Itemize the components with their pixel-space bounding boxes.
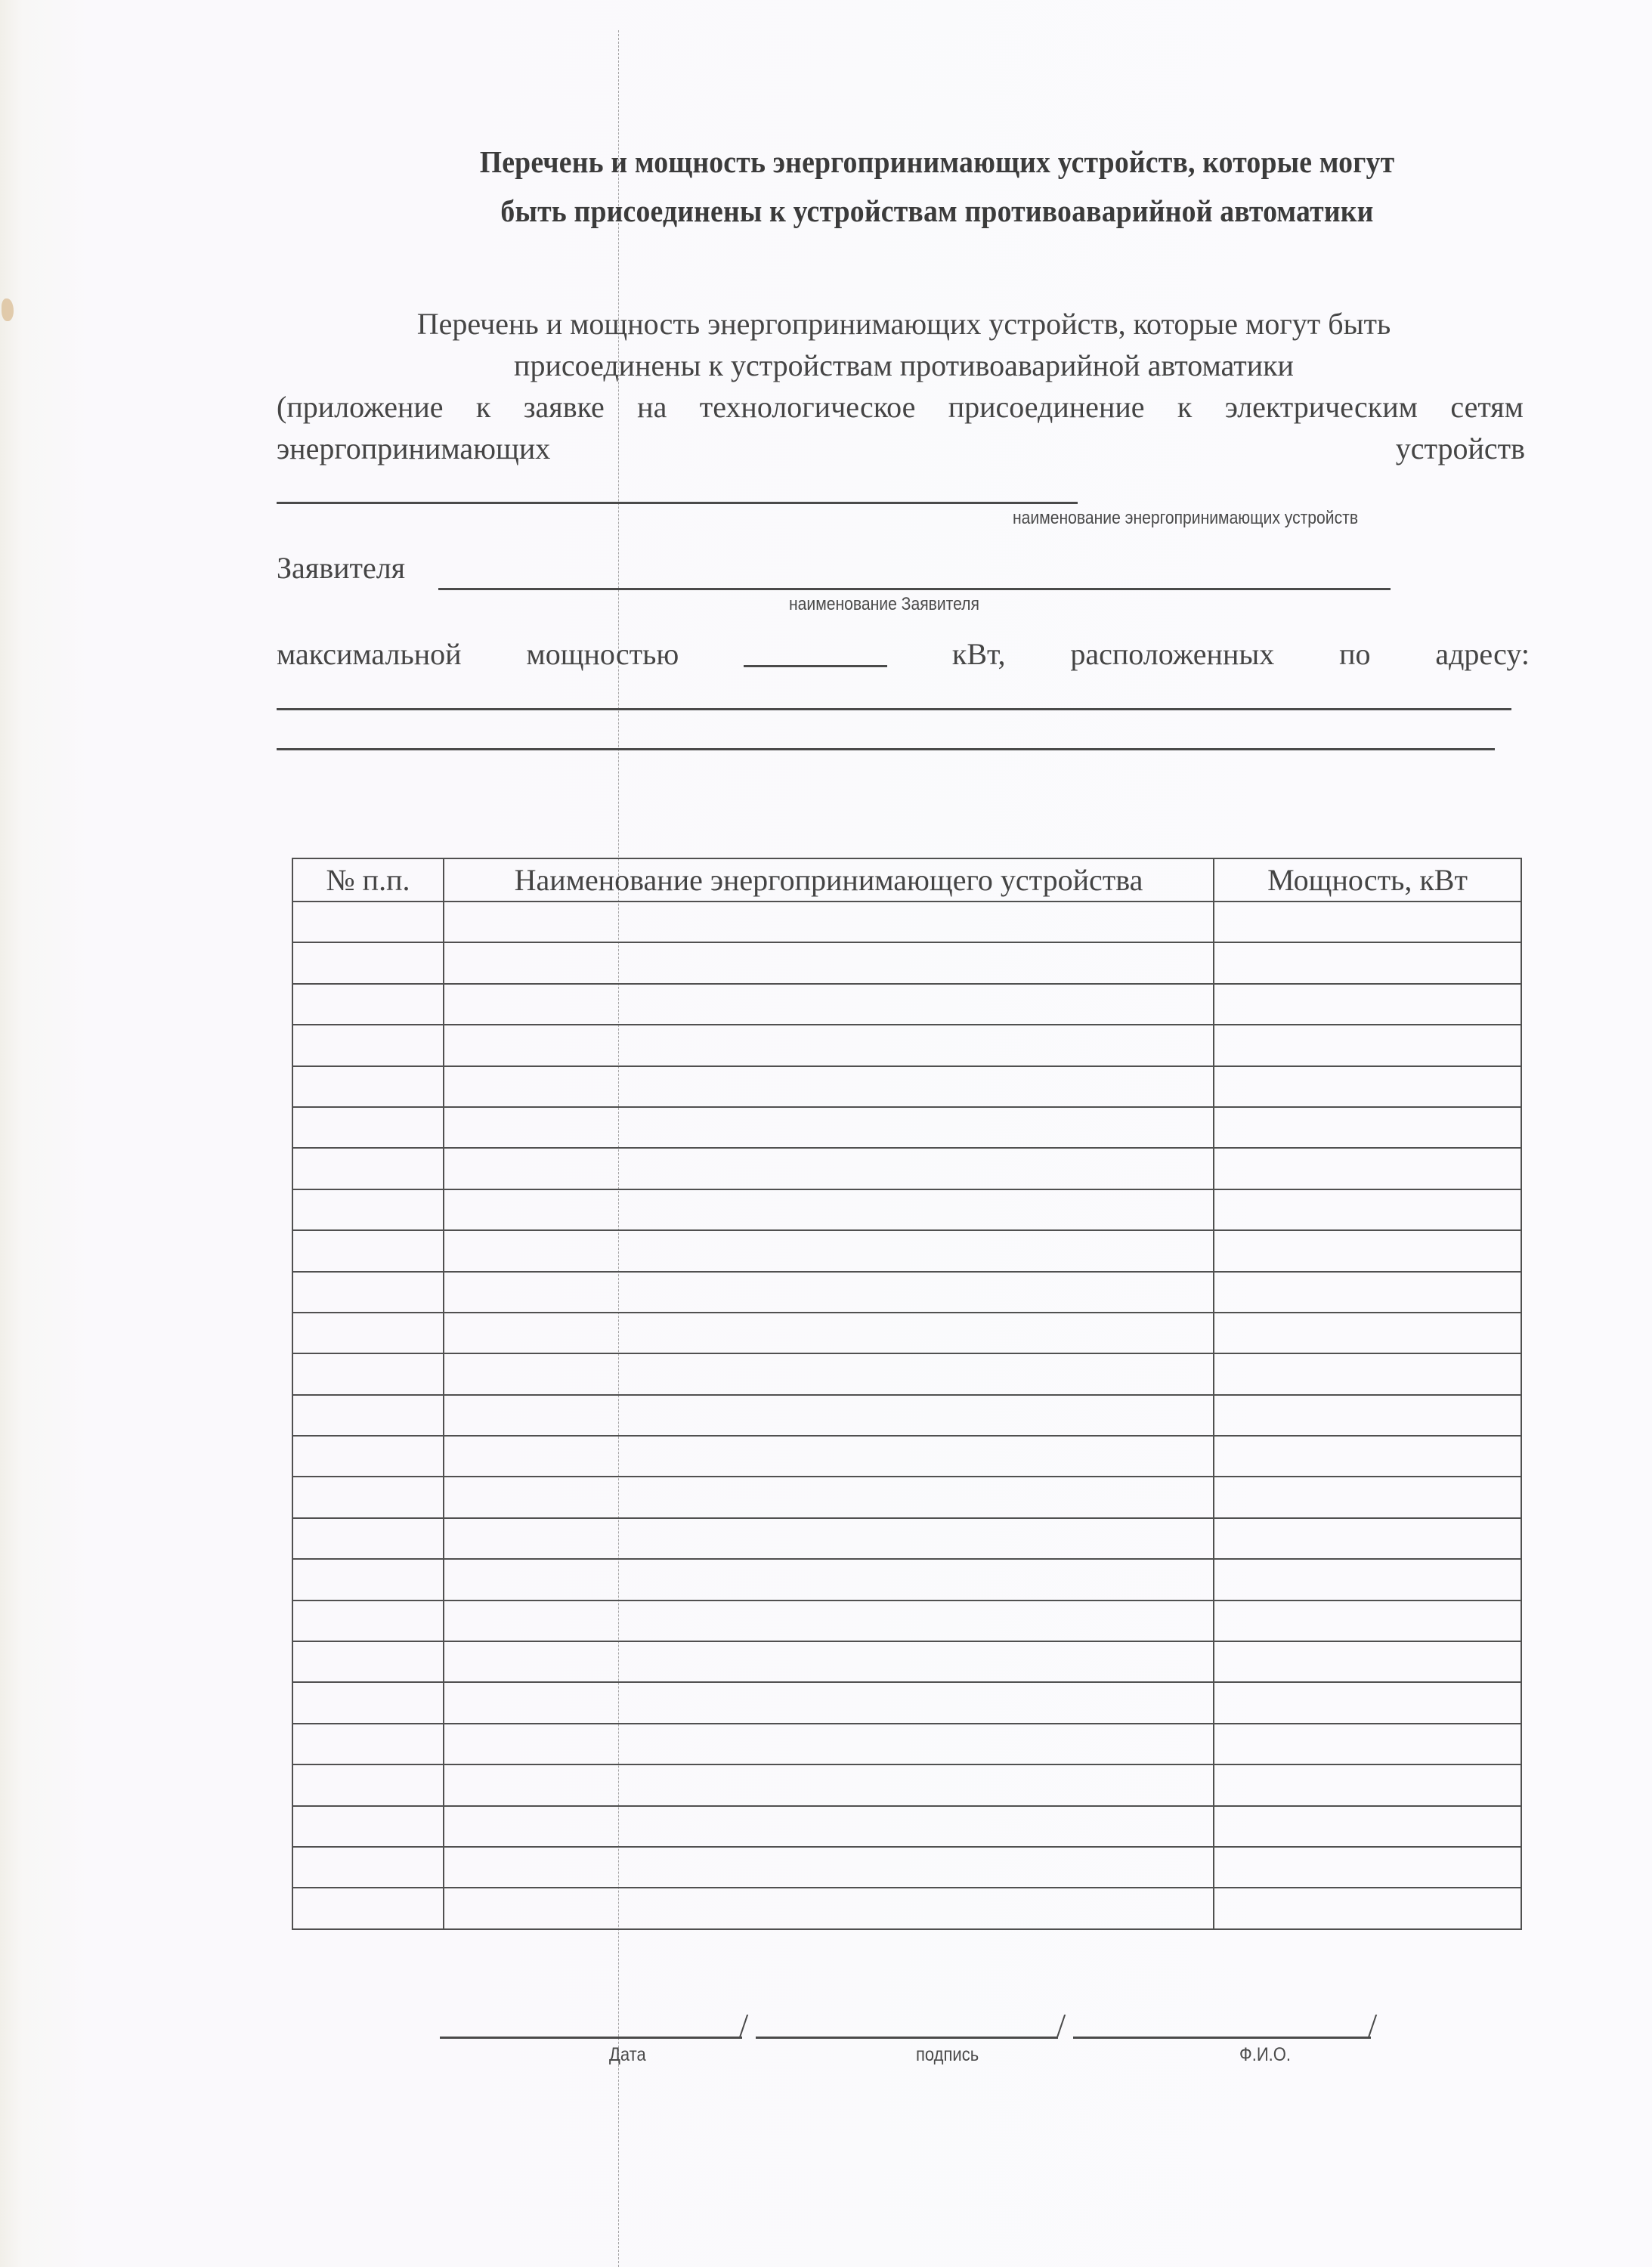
table-row <box>292 1025 1521 1065</box>
cell-power[interactable] <box>1214 1559 1521 1600</box>
address-label-2: по <box>1339 636 1370 672</box>
table-row <box>292 1189 1521 1230</box>
cell-power[interactable] <box>1214 1066 1521 1107</box>
devices-name-field[interactable] <box>277 502 1078 504</box>
table-row <box>292 1313 1521 1353</box>
applicant-field[interactable] <box>438 588 1391 590</box>
cell-device-name[interactable] <box>444 1395 1214 1436</box>
table-row <box>292 942 1521 983</box>
separator-1: / <box>739 2006 748 2045</box>
subtitle-line-3: (приложение к заявке на технологическое … <box>277 389 1524 425</box>
document-title-line-1: Перечень и мощность энергопринимающих ус… <box>374 144 1500 180</box>
cell-number[interactable] <box>292 1724 444 1764</box>
signature-caption: подпись <box>916 2044 979 2066</box>
table-row <box>292 1559 1521 1600</box>
cell-number[interactable] <box>292 1107 444 1148</box>
cell-device-name[interactable] <box>444 1353 1214 1394</box>
subtitle-line-4-left: энергопринимающих <box>277 431 550 466</box>
table-row <box>292 984 1521 1025</box>
cell-power[interactable] <box>1214 1724 1521 1764</box>
table-row <box>292 1148 1521 1189</box>
devices-name-caption: наименование энергопринимающих устройств <box>1013 508 1358 529</box>
cell-device-name[interactable] <box>444 1230 1214 1271</box>
table-row <box>292 1888 1521 1928</box>
cell-power[interactable] <box>1214 1764 1521 1805</box>
cell-number[interactable] <box>292 1313 444 1353</box>
address-field-line-1[interactable] <box>277 708 1511 710</box>
cell-device-name[interactable] <box>444 1764 1214 1805</box>
cell-power[interactable] <box>1214 1189 1521 1230</box>
signature-field[interactable] <box>756 2037 1058 2039</box>
applicant-label: Заявителя <box>277 550 405 586</box>
document-title-line-2: быть присоединены к устройствам противоа… <box>374 193 1500 229</box>
subtitle-line-1: Перечень и мощность энергопринимающих ус… <box>277 306 1531 342</box>
table-row <box>292 1066 1521 1107</box>
cell-power[interactable] <box>1214 1847 1521 1888</box>
cell-number[interactable] <box>292 1025 444 1065</box>
cell-number[interactable] <box>292 1066 444 1107</box>
cell-power[interactable] <box>1214 1806 1521 1847</box>
cell-number[interactable] <box>292 1518 444 1559</box>
address-field-line-2[interactable] <box>277 748 1495 750</box>
address-label-3: адресу: <box>1435 636 1530 672</box>
cell-device-name[interactable] <box>444 1682 1214 1723</box>
table-row <box>292 1641 1521 1682</box>
table-row <box>292 1395 1521 1436</box>
cell-power[interactable] <box>1214 1353 1521 1394</box>
cell-number[interactable] <box>292 1764 444 1805</box>
max-power-row: максимальной мощностью кВт, расположенны… <box>277 635 1530 672</box>
cell-power[interactable] <box>1214 1395 1521 1436</box>
cell-power[interactable] <box>1214 1107 1521 1148</box>
cell-number[interactable] <box>292 1601 444 1641</box>
table-body <box>292 902 1521 1929</box>
cell-power[interactable] <box>1214 1641 1521 1682</box>
devices-table: № п.п. Наименование энергопринимающего у… <box>292 858 1522 1930</box>
cell-number[interactable] <box>292 1641 444 1682</box>
table-row <box>292 1436 1521 1477</box>
date-field[interactable] <box>440 2037 742 2039</box>
cell-number[interactable] <box>292 1682 444 1723</box>
cell-power[interactable] <box>1214 1601 1521 1641</box>
cell-power[interactable] <box>1214 1148 1521 1189</box>
column-header-number: № п.п. <box>292 858 444 902</box>
table-row <box>292 1601 1521 1641</box>
cell-number[interactable] <box>292 1477 444 1517</box>
cell-power[interactable] <box>1214 902 1521 942</box>
table-row <box>292 1847 1521 1888</box>
table-row <box>292 1518 1521 1559</box>
cell-device-name[interactable] <box>444 1066 1214 1107</box>
cell-number[interactable] <box>292 984 444 1025</box>
cell-number[interactable] <box>292 1436 444 1477</box>
max-power-label-2: мощностью <box>526 636 679 672</box>
cell-device-name[interactable] <box>444 1107 1214 1148</box>
subtitle-line-4-right: устройств <box>1396 431 1525 466</box>
applicant-caption: наименование Заявителя <box>789 594 979 615</box>
cell-device-name[interactable] <box>444 1272 1214 1313</box>
cell-power[interactable] <box>1214 984 1521 1025</box>
cell-device-name[interactable] <box>444 1148 1214 1189</box>
cell-power[interactable] <box>1214 1313 1521 1353</box>
cell-device-name[interactable] <box>444 1189 1214 1230</box>
cell-power[interactable] <box>1214 1436 1521 1477</box>
cell-number[interactable] <box>292 902 444 942</box>
table-row <box>292 902 1521 942</box>
table-header-row: № п.п. Наименование энергопринимающего у… <box>292 858 1521 902</box>
cell-device-name[interactable] <box>444 1313 1214 1353</box>
paper-stain <box>2 298 14 321</box>
address-label-1: расположенных <box>1070 636 1274 672</box>
column-header-power: Мощность, кВт <box>1214 858 1521 902</box>
cell-power[interactable] <box>1214 1025 1521 1065</box>
cell-device-name[interactable] <box>444 902 1214 942</box>
table-row <box>292 1806 1521 1847</box>
cell-device-name[interactable] <box>444 984 1214 1025</box>
table-row <box>292 1724 1521 1764</box>
subtitle-line-2: присоединены к устройствам противоаварий… <box>277 348 1531 383</box>
cell-device-name[interactable] <box>444 1724 1214 1764</box>
cell-number[interactable] <box>292 1847 444 1888</box>
table-row <box>292 1272 1521 1313</box>
cell-device-name[interactable] <box>444 1477 1214 1517</box>
cell-device-name[interactable] <box>444 1025 1214 1065</box>
cell-device-name[interactable] <box>444 1641 1214 1682</box>
cell-number[interactable] <box>292 1353 444 1394</box>
cell-device-name[interactable] <box>444 1518 1214 1559</box>
table-row <box>292 1682 1521 1723</box>
max-power-field[interactable] <box>744 635 887 667</box>
cell-number[interactable] <box>292 1272 444 1313</box>
cell-number[interactable] <box>292 1395 444 1436</box>
name-caption: Ф.И.О. <box>1239 2044 1291 2066</box>
table-row <box>292 1230 1521 1271</box>
cell-power[interactable] <box>1214 1888 1521 1928</box>
cell-number[interactable] <box>292 1559 444 1600</box>
cell-power[interactable] <box>1214 1682 1521 1723</box>
cell-power[interactable] <box>1214 942 1521 983</box>
cell-power[interactable] <box>1214 1272 1521 1313</box>
separator-3: / <box>1368 2006 1377 2045</box>
cell-device-name[interactable] <box>444 1601 1214 1641</box>
cell-device-name[interactable] <box>444 1888 1214 1928</box>
cell-number[interactable] <box>292 1806 444 1847</box>
name-field[interactable] <box>1073 2037 1371 2039</box>
date-caption: Дата <box>609 2044 646 2066</box>
column-header-device-name: Наименование энергопринимающего устройст… <box>444 858 1214 902</box>
cell-power[interactable] <box>1214 1230 1521 1271</box>
cell-number[interactable] <box>292 1888 444 1928</box>
separator-2: / <box>1056 2006 1066 2045</box>
table-row <box>292 1353 1521 1394</box>
cell-number[interactable] <box>292 942 444 983</box>
max-power-label-1: максимальной <box>277 636 462 672</box>
cell-device-name[interactable] <box>444 1847 1214 1888</box>
cell-power[interactable] <box>1214 1518 1521 1559</box>
cell-device-name[interactable] <box>444 1436 1214 1477</box>
cell-number[interactable] <box>292 1148 444 1189</box>
table-row <box>292 1764 1521 1805</box>
cell-power[interactable] <box>1214 1477 1521 1517</box>
cell-device-name[interactable] <box>444 1559 1214 1600</box>
cell-number[interactable] <box>292 1189 444 1230</box>
cell-device-name[interactable] <box>444 942 1214 983</box>
cell-number[interactable] <box>292 1230 444 1271</box>
max-power-unit: кВт, <box>952 636 1006 672</box>
table-row <box>292 1477 1521 1517</box>
cell-device-name[interactable] <box>444 1806 1214 1847</box>
table-row <box>292 1107 1521 1148</box>
